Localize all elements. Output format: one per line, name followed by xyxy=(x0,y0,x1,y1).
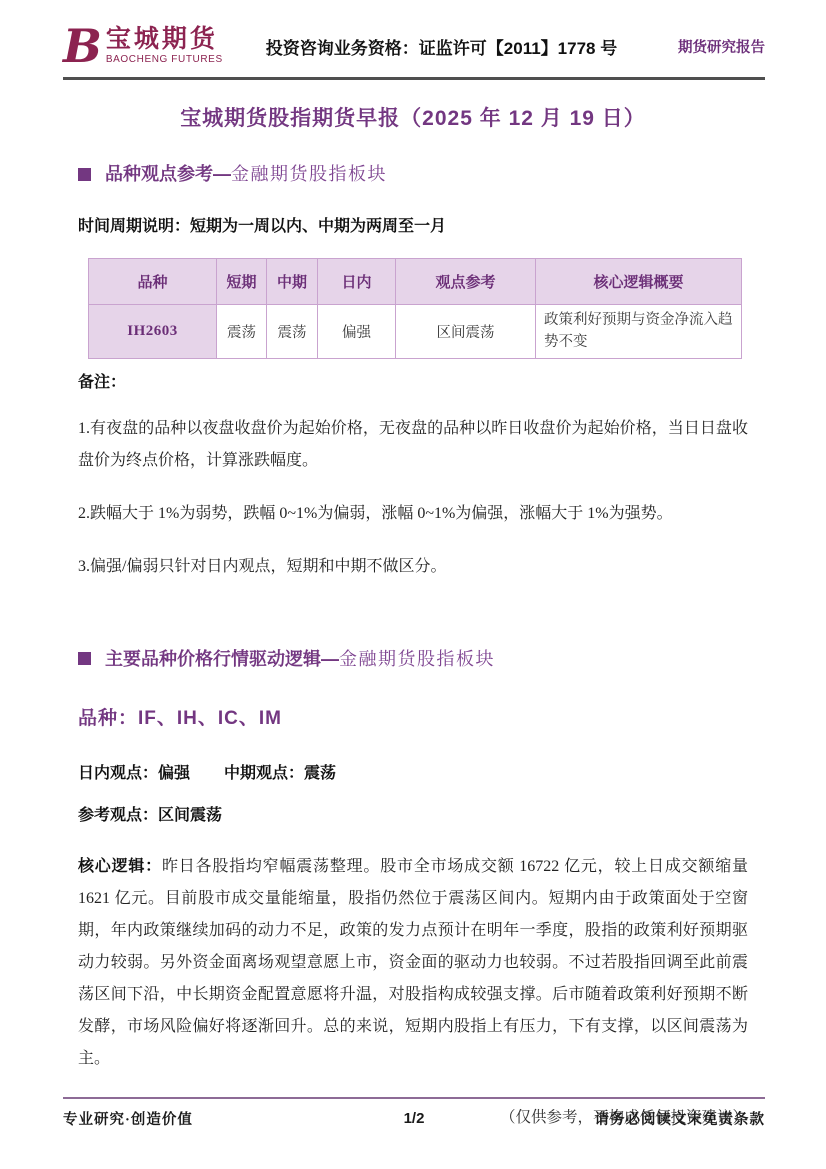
page-number: 1/2 xyxy=(303,1110,525,1127)
header-divider xyxy=(63,77,765,80)
cell-variety: IH2603 xyxy=(89,305,217,359)
page-content: 宝城期货股指期货早报（2025 年 12 月 19 日） 品种观点参考— 金融期… xyxy=(0,102,826,1127)
logo-company-name-cn: 宝城期货 xyxy=(106,26,223,54)
core-logic-paragraph: 核心逻辑：昨日各股指均窄幅震荡整理。股市全市场成交额 16722 亿元，较上日成… xyxy=(78,851,748,1075)
period-definition-note: 时间周期说明：短期为一周以内、中期为两周至一月 xyxy=(78,213,748,236)
page-title: 宝城期货股指期货早报（2025 年 12 月 19 日） xyxy=(78,102,748,132)
page-header: B 宝城期货 BAOCHENG FUTURES 投资咨询业务资格：证监许可【20… xyxy=(63,18,765,74)
section1-heading-light: 金融期货股指板块 xyxy=(231,162,387,186)
section2-heading-strong: 主要品种价格行情驱动逻辑— xyxy=(105,647,339,671)
cell-short-term: 震荡 xyxy=(217,305,267,359)
logo-text-block: 宝城期货 BAOCHENG FUTURES xyxy=(106,26,223,66)
footer-slogan: 专业研究·创造价值 xyxy=(63,1108,303,1129)
section1-heading: 品种观点参考— 金融期货股指板块 xyxy=(78,162,748,186)
section-bullet-icon xyxy=(78,168,91,181)
reference-viewpoint: 参考观点：区间震荡 xyxy=(78,802,748,825)
core-logic-text: 昨日各股指均窄幅震荡整理。股市全市场成交额 16722 亿元，较上日成交额缩量 … xyxy=(78,858,748,1067)
note-item-3: 3.偏强/偏弱只针对日内观点，短期和中期不做区分。 xyxy=(78,551,748,583)
table-header-row: 品种 短期 中期 日内 观点参考 核心逻辑概要 xyxy=(89,259,742,305)
table-row: IH2603 震荡 震荡 偏强 区间震荡 政策利好预期与资金净流入趋势不变 xyxy=(89,305,742,359)
core-logic-label: 核心逻辑： xyxy=(78,858,162,875)
notes-label: 备注： xyxy=(78,369,748,392)
col-header-mid-term: 中期 xyxy=(267,259,318,305)
note-item-1: 1.有夜盘的品种以夜盘收盘价为起始价格，无夜盘的品种以昨日收盘价为起始价格，当日… xyxy=(78,413,748,477)
section-bullet-icon xyxy=(78,652,91,665)
intraday-viewpoint: 日内观点：偏强 xyxy=(78,765,190,782)
col-header-short-term: 短期 xyxy=(217,259,267,305)
business-credential: 投资咨询业务资格：证监许可【2011】1778 号 xyxy=(238,34,645,59)
intraday-midterm-viewpoints: 日内观点：偏强中期观点：震荡 xyxy=(78,760,748,783)
footer-disclaimer-reminder: 请务必阅读文末免责条款 xyxy=(525,1108,765,1129)
cell-view-reference: 区间震荡 xyxy=(396,305,536,359)
page-footer: 专业研究·创造价值 1/2 请务必阅读文末免责条款 xyxy=(63,1097,765,1129)
note-item-2: 2.跌幅大于 1%为弱势，跌幅 0~1%为偏弱，涨幅 0~1%为偏强，涨幅大于 … xyxy=(78,498,748,530)
section1-heading-strong: 品种观点参考— xyxy=(105,162,231,186)
cell-intraday: 偏强 xyxy=(318,305,396,359)
report-type-label: 期货研究报告 xyxy=(645,36,765,57)
report-page: B 宝城期货 BAOCHENG FUTURES 投资咨询业务资格：证监许可【20… xyxy=(0,0,826,1169)
cell-mid-term: 震荡 xyxy=(267,305,318,359)
baocheng-logo-mark-icon: B xyxy=(63,22,102,70)
col-header-variety: 品种 xyxy=(89,259,217,305)
col-header-view-reference: 观点参考 xyxy=(396,259,536,305)
baocheng-logo: B 宝城期货 BAOCHENG FUTURES xyxy=(63,22,238,70)
viewpoint-table: 品种 短期 中期 日内 观点参考 核心逻辑概要 IH2603 震荡 震荡 偏强 … xyxy=(88,258,742,359)
variety-list: 品种：IF、IH、IC、IM xyxy=(78,703,748,730)
section2-heading-light: 金融期货股指板块 xyxy=(339,647,495,671)
col-header-intraday: 日内 xyxy=(318,259,396,305)
cell-core-logic: 政策利好预期与资金净流入趋势不变 xyxy=(536,305,742,359)
section2-heading: 主要品种价格行情驱动逻辑— 金融期货股指板块 xyxy=(78,647,748,671)
logo-company-name-en: BAOCHENG FUTURES xyxy=(106,54,223,66)
col-header-core-logic: 核心逻辑概要 xyxy=(536,259,742,305)
mid-term-viewpoint: 中期观点：震荡 xyxy=(224,765,336,782)
